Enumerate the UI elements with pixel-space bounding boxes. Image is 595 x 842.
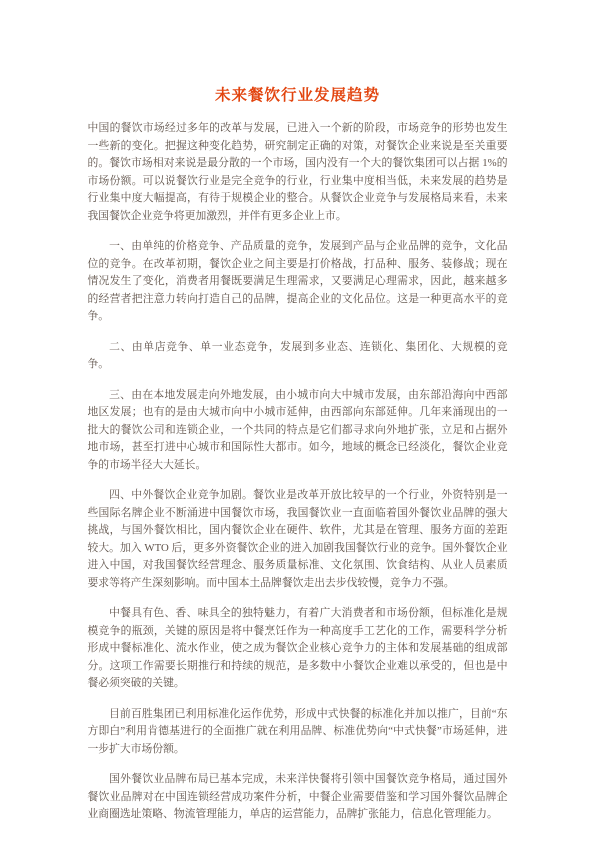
- paragraph: 三、由在本地发展走向外地发展，由小城市向大中城市发展，由东部沿海向中西部地区发展…: [88, 387, 508, 475]
- paragraph: 中餐具有色、香、味具全的独特魅力，有着广大消费者和市场份额，但标准化是规模竞争的…: [88, 605, 508, 693]
- paragraph: 国外餐饮业品牌布局已基本完成，未来洋快餐将引领中国餐饮竞争格局，通过国外餐饮业品…: [88, 771, 508, 824]
- paragraph: 目前百胜集团已利用标准化运作优势，形成中式快餐的标准化并加以推广，目前“东方即白…: [88, 706, 508, 759]
- paragraph: 一、由单纯的价格竞争、产品质量的竞争，发展到产品与企业品牌的竞争，文化品位的竞争…: [88, 238, 508, 326]
- paragraph: 中国的餐饮市场经过多年的改革与发展，已进入一个新的阶段，市场竞争的形势也发生一些…: [88, 120, 508, 225]
- paragraph: 二、由单店竞争、单一业态竞争，发展到多业态、连锁化、集团化、大规模的竞争。: [88, 339, 508, 374]
- document-title: 未来餐饮行业发展趋势: [0, 0, 595, 105]
- document-page: 未来餐饮行业发展趋势 中国的餐饮市场经过多年的改革与发展，已进入一个新的阶段，市…: [0, 0, 595, 842]
- paragraph: 四、中外餐饮企业竞争加剧。餐饮业是改革开放比较早的一个行业，外资特别是一些国际名…: [88, 487, 508, 592]
- document-body: 中国的餐饮市场经过多年的改革与发展，已进入一个新的阶段，市场竞争的形势也发生一些…: [88, 120, 508, 824]
